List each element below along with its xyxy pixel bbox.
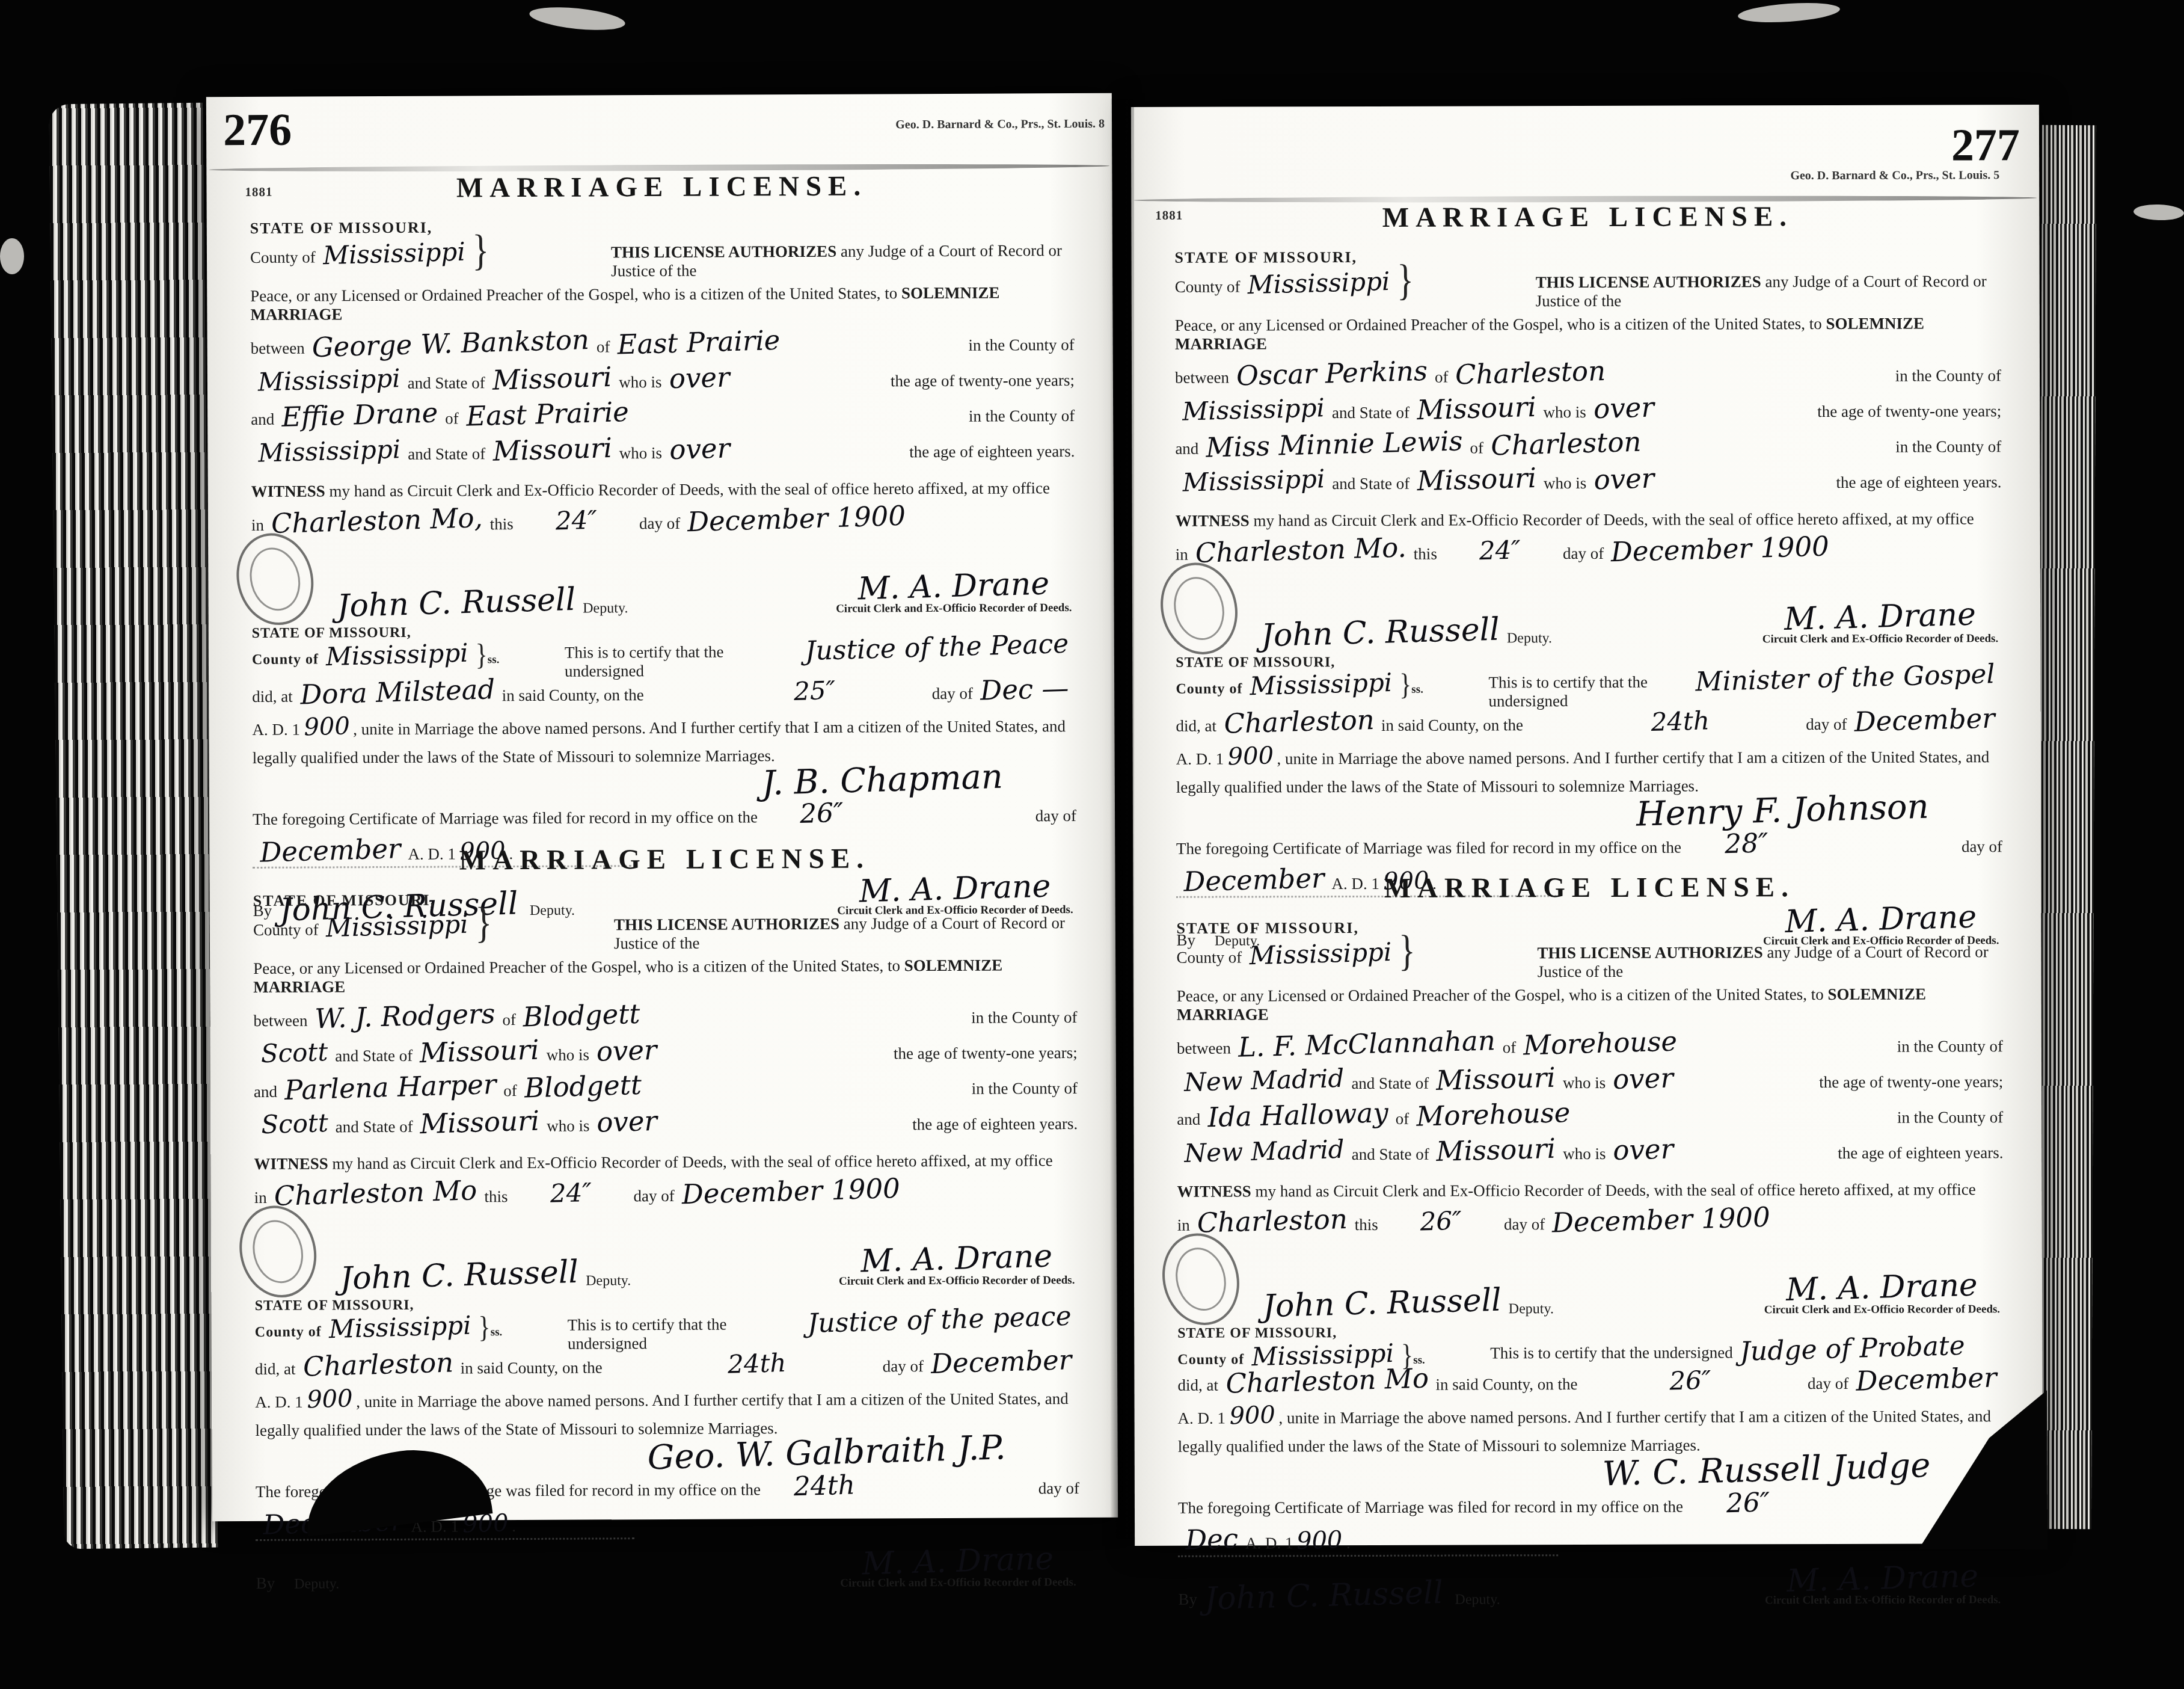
did-at-label: did, at bbox=[1177, 1376, 1218, 1395]
unite-line: A. D. 1900, unite in Marriage the above … bbox=[255, 1386, 1079, 1412]
groom-name: George W. Bankston bbox=[311, 329, 589, 358]
witness-place: Charleston bbox=[1197, 1208, 1348, 1234]
state-county-block: STATE OF MISSOURI, County of Mississippi… bbox=[1176, 918, 1537, 982]
bride-residence: Morehouse bbox=[1416, 1102, 1571, 1128]
groom-residence: East Prairie bbox=[617, 330, 781, 356]
did-at-label: did, at bbox=[252, 688, 293, 706]
age-eighteen-label: the age of eighteen years. bbox=[909, 442, 1075, 461]
and-state-label: and State of bbox=[1351, 1074, 1429, 1093]
age-twenty-one-label: the age of twenty-one years; bbox=[1817, 402, 2001, 421]
foregoing-label: The foregoing Certificate of Marriage wa… bbox=[253, 808, 758, 829]
age-twenty-one-label: the age of twenty-one years; bbox=[891, 371, 1075, 390]
marriage-license-record: MARRIAGE LICENSE. STATE OF MISSOURI, Cou… bbox=[250, 169, 1076, 833]
bride-county: New Madrid bbox=[1184, 1139, 1345, 1164]
in-county-label: in the County of bbox=[969, 407, 1075, 426]
marriage-place: Dora Milstead bbox=[299, 678, 495, 706]
ad-label: A. D. 1 bbox=[255, 1393, 303, 1411]
clerk-seal-stamp bbox=[1151, 555, 1247, 663]
groom-residence: Blodgett bbox=[523, 1003, 640, 1029]
groom-line: between W. J. Rodgers of Blodgett in the… bbox=[253, 1003, 1077, 1030]
filed-day: 26″ bbox=[1726, 1492, 1770, 1514]
witness-signature-row: John C. Russell Deputy. M. A. Drane Circ… bbox=[1177, 1244, 2004, 1318]
and-state-label: and State of bbox=[1332, 404, 1409, 422]
who-is-label: who is bbox=[619, 373, 661, 392]
bride-county: Mississippi bbox=[1182, 469, 1325, 493]
clerk-signature-block: M. A. Drane Circuit Clerk and Ex-Officio… bbox=[836, 574, 1072, 615]
certificate-county: Mississippi bbox=[1250, 672, 1393, 697]
clerk-signature: M. A. Drane bbox=[1787, 1564, 1979, 1594]
witness-signature-row: John C. Russell Deputy. M. A. Drane Circ… bbox=[1176, 573, 2002, 648]
witness-bold-label: WITNESS bbox=[1177, 1182, 1251, 1200]
state-county-block: STATE OF MISSOURI, County of Mississippi… bbox=[1174, 248, 1535, 312]
authorizes-paragraph: THIS LICENSE AUTHORIZES any Judge of a C… bbox=[1535, 247, 2001, 310]
foregoing-label: The foregoing Certificate of Marriage wa… bbox=[1178, 1497, 1683, 1517]
license-header: STATE OF MISSOURI, County of Mississippi… bbox=[1176, 917, 2002, 982]
deputy-label: Deputy. bbox=[1509, 1301, 1554, 1317]
and-label: and bbox=[251, 410, 274, 429]
marriage-date-line: did, at Charleston in said County, on th… bbox=[1176, 709, 2002, 736]
state-county-block: STATE OF MISSOURI, County of Mississippi… bbox=[250, 218, 611, 282]
page-276: 276 1881 Geo. D. Barnard & Co., Prs., St… bbox=[206, 93, 1118, 1522]
clerk-seal-stamp bbox=[1153, 1225, 1249, 1334]
book-page-edges-left bbox=[49, 103, 218, 1549]
day-of-label: day of bbox=[633, 1187, 674, 1205]
officiant-signature-block: W. C. Russell Judge bbox=[1178, 1456, 2004, 1485]
day-of-label: day of bbox=[1038, 1479, 1079, 1498]
officiant-signature: W. C. Russell Judge bbox=[1603, 1453, 1931, 1489]
unite-line: A. D. 1900, unite in Marriage the above … bbox=[1178, 1404, 2004, 1428]
age-eighteen-label: the age of eighteen years. bbox=[1838, 1143, 2003, 1163]
deputy-signature: John C. Russell bbox=[340, 1260, 579, 1292]
certificate-header: STATE OF MISSOURI, County of Mississippi… bbox=[1176, 653, 2002, 712]
certify-line: This is to certify that the undersigned … bbox=[1490, 1323, 2004, 1362]
day-of-label: day of bbox=[1808, 1374, 1848, 1393]
witness-date-line: in Charleston this 26″ day of December 1… bbox=[1177, 1208, 2004, 1235]
officiant-signature: Henry F. Johnson bbox=[1636, 794, 1930, 829]
authorizes-paragraph: THIS LICENSE AUTHORIZES any Judge of a C… bbox=[1537, 917, 2002, 981]
certificate-header: STATE OF MISSOURI, County of Mississippi… bbox=[1177, 1323, 2004, 1371]
in-said-county-label: in said County, on the bbox=[502, 686, 644, 705]
clerk-signature-block: M. A. Drane Circuit Clerk and Ex-Officio… bbox=[1765, 1566, 2001, 1608]
filing-signature-row: By Deputy. M. A. Drane Circuit Clerk and… bbox=[256, 1549, 1079, 1593]
bride-residence: Charleston bbox=[1491, 431, 1642, 457]
county-label: County of bbox=[250, 248, 316, 267]
brace-glyph: } bbox=[1397, 263, 1414, 298]
witness-date-line: in Charleston Mo this 24″ day of Decembe… bbox=[254, 1180, 1078, 1207]
filed-day: 26″ bbox=[799, 802, 843, 825]
day-of-label: day of bbox=[1962, 837, 2002, 856]
in-label: in bbox=[251, 516, 264, 535]
bride-state: Missouri bbox=[1436, 1138, 1556, 1163]
in-label: in bbox=[1177, 1216, 1190, 1235]
marriage-date-line: did, at Dora Milstead in said County, on… bbox=[252, 678, 1076, 706]
groom-over-age: over bbox=[596, 1039, 657, 1063]
authorizes-paragraph: THIS LICENSE AUTHORIZES any Judge of a C… bbox=[614, 888, 1077, 953]
and-label: and bbox=[254, 1083, 277, 1101]
ad-label: A. D. 1 bbox=[1178, 1409, 1226, 1427]
seal-inner-ring bbox=[244, 542, 307, 616]
scan-artifact bbox=[1737, 0, 1841, 25]
deputy-label: Deputy. bbox=[1455, 1592, 1500, 1608]
page-content: MARRIAGE LICENSE. STATE OF MISSOURI, Cou… bbox=[250, 169, 1079, 1506]
filing-signature-row: By John C. Russell Deputy. M. A. Drane C… bbox=[1178, 1566, 2004, 1609]
license-header: STATE OF MISSOURI, County of Mississippi… bbox=[253, 888, 1077, 955]
by-label: By bbox=[256, 1574, 275, 1593]
clerk-seal-stamp bbox=[230, 1198, 326, 1306]
witness-rest-label: my hand as Circuit Clerk and Ex-Officio … bbox=[328, 1151, 1053, 1172]
groom-state: Missouri bbox=[420, 1039, 540, 1064]
unite-line: A. D. 1900, unite in Marriage the above … bbox=[252, 714, 1076, 739]
certify-label: This is to certify that the undersigned bbox=[568, 1315, 800, 1353]
in-county-label: in the County of bbox=[972, 1079, 1078, 1098]
unite-text: , unite in Marriage the above named pers… bbox=[353, 717, 1066, 738]
certify-label: This is to certify that the undersigned bbox=[1490, 1343, 1732, 1362]
bride-over-age: over bbox=[669, 437, 731, 461]
printer-imprint: Geo. D. Barnard & Co., Prs., St. Louis. … bbox=[1790, 168, 1999, 183]
groom-line: between Oscar Perkins of Charleston in t… bbox=[1175, 361, 2001, 387]
groom-name: W. J. Rodgers bbox=[314, 1003, 495, 1030]
scan-artifact bbox=[529, 4, 627, 34]
clerk-signature-block: M. A. Drane Circuit Clerk and Ex-Officio… bbox=[1764, 1276, 2001, 1317]
groom-name: L. F. McClannahan bbox=[1238, 1030, 1495, 1059]
bride-line: and Effie Drane of East Prairie in the C… bbox=[251, 401, 1075, 429]
certificate-section: STATE OF MISSOURI, County of Mississippi… bbox=[252, 622, 1076, 797]
marriage-month: December bbox=[1856, 1367, 1997, 1392]
bride-name: Effie Drane bbox=[281, 402, 438, 428]
certificate-header: STATE OF MISSOURI, County of Mississippi… bbox=[255, 1294, 1079, 1355]
and-state-label: and State of bbox=[408, 374, 485, 393]
groom-county: Scott bbox=[260, 1042, 328, 1064]
page-number: 276 bbox=[223, 104, 292, 156]
groom-over-age: over bbox=[669, 366, 730, 390]
clerk-seal-stamp bbox=[227, 525, 323, 633]
deputy-signature: John C. Russell bbox=[1261, 618, 1500, 649]
and-state-label: and State of bbox=[1332, 475, 1409, 493]
age-twenty-one-label: the age of twenty-one years; bbox=[894, 1044, 1078, 1063]
marriage-day: 24th bbox=[728, 1353, 787, 1374]
certificate-state-block: STATE OF MISSOURI, County of Mississippi… bbox=[252, 624, 565, 671]
in-county-label: in the County of bbox=[1895, 437, 2001, 456]
ss-label: ss. bbox=[491, 1326, 503, 1339]
this-label: this bbox=[1355, 1216, 1378, 1234]
seal-inner-ring bbox=[246, 1214, 310, 1288]
witness-month-year: December 1900 bbox=[1611, 536, 1830, 564]
certificate-state-block: STATE OF MISSOURI, County of Mississippi… bbox=[1177, 1324, 1490, 1370]
groom-line: between L. F. McClannahan of Morehouse i… bbox=[1177, 1032, 2003, 1058]
filed-line: The foregoing Certificate of Marriage wa… bbox=[253, 802, 1076, 829]
witness-place: Charleston Mo. bbox=[1195, 537, 1406, 564]
seal-inner-ring bbox=[1167, 571, 1230, 645]
in-county-label: in the County of bbox=[1895, 366, 2001, 385]
unite-line: A. D. 1900, unite in Marriage the above … bbox=[1176, 745, 2002, 769]
state-of-missouri-label: STATE OF MISSOURI, bbox=[253, 890, 614, 910]
certificate-county: Mississippi bbox=[325, 643, 468, 667]
of-label: of bbox=[1503, 1038, 1517, 1057]
marriage-place: Charleston bbox=[302, 1352, 453, 1377]
officiant-title-handwritten: Judge of Probate bbox=[1740, 1335, 1965, 1362]
witness-rest-label: my hand as Circuit Clerk and Ex-Officio … bbox=[325, 479, 1050, 500]
book-gutter bbox=[1110, 99, 1134, 1539]
witness-month-year: December 1900 bbox=[1552, 1207, 1771, 1234]
and-label: and bbox=[1177, 1110, 1200, 1129]
witness-month-year: December 1900 bbox=[687, 505, 906, 533]
bride-county-line: New Madrid and State of Missouri who is … bbox=[1177, 1138, 2003, 1164]
and-label: and bbox=[1175, 440, 1198, 458]
marriage-day: 24th bbox=[1651, 710, 1710, 732]
groom-county: New Madrid bbox=[1184, 1068, 1345, 1093]
bride-county: Mississippi bbox=[258, 439, 401, 463]
county-handwritten: Mississippi bbox=[1249, 942, 1392, 966]
deputy-signature-block: John C. Russell Deputy. bbox=[330, 590, 628, 618]
license-slot-top: MARRIAGE LICENSE. STATE OF MISSOURI, Cou… bbox=[250, 169, 1076, 833]
groom-county: Mississippi bbox=[1182, 398, 1325, 422]
deputy-signature-block: John C. Russell Deputy. bbox=[1256, 1291, 1554, 1318]
certificate-section: STATE OF MISSOURI, County of Mississippi… bbox=[1177, 1323, 2004, 1485]
clerk-signature: M. A. Drane bbox=[862, 1546, 1054, 1577]
brace-glyph: } bbox=[476, 638, 488, 672]
officiant-signature-block: Henry F. Johnson bbox=[1176, 797, 2002, 826]
license-title: MARRIAGE LICENSE. bbox=[250, 169, 1073, 205]
who-is-label: who is bbox=[547, 1117, 589, 1136]
period: . bbox=[512, 1517, 516, 1536]
and-state-label: and State of bbox=[336, 1118, 413, 1137]
witness-line: WITNESS my hand as Circuit Clerk and Ex-… bbox=[254, 1151, 1078, 1174]
license-title: MARRIAGE LICENSE. bbox=[253, 841, 1076, 878]
in-county-label: in the County of bbox=[1897, 1108, 2003, 1127]
page-277: 277 1881 Geo. D. Barnard & Co., Prs., St… bbox=[1131, 105, 2043, 1546]
marriage-month: December bbox=[1854, 707, 1995, 733]
groom-county-line: Scott and State of Missouri who is over … bbox=[254, 1038, 1078, 1066]
bride-state: Missouri bbox=[1417, 467, 1537, 492]
who-is-label: who is bbox=[619, 444, 662, 463]
authorizes-bold-label: THIS LICENSE AUTHORIZES bbox=[1536, 272, 1761, 291]
filed-month-line: Dec A. D. 1 900 . bbox=[1178, 1528, 1558, 1557]
filed-by-signature: John C. Russell bbox=[1204, 1581, 1443, 1612]
marriage-date-line: did, at Charleston Mo in said County, on… bbox=[1177, 1368, 2004, 1395]
bride-name: Parlena Harper bbox=[284, 1074, 497, 1101]
witness-day: 24″ bbox=[555, 510, 597, 532]
county-label: County of bbox=[1176, 681, 1242, 697]
brace-glyph: } bbox=[475, 905, 492, 940]
brace-glyph: } bbox=[1399, 934, 1416, 968]
ss-label: ss. bbox=[1411, 683, 1423, 697]
witness-day: 24″ bbox=[1479, 540, 1521, 561]
ad-label: A. D. 1 bbox=[252, 721, 300, 739]
in-county-label: in the County of bbox=[1897, 1037, 2003, 1056]
witness-section: WITNESS my hand as Circuit Clerk and Ex-… bbox=[1176, 509, 2002, 648]
county-label: County of bbox=[1177, 949, 1242, 967]
marriage-year: 900 bbox=[1227, 746, 1274, 766]
witness-line: WITNESS my hand as Circuit Clerk and Ex-… bbox=[1176, 509, 2002, 531]
state-of-missouri-label: STATE OF MISSOURI, bbox=[1176, 654, 1488, 671]
state-of-missouri-label: STATE OF MISSOURI, bbox=[1177, 1324, 1490, 1341]
foregoing-label: The foregoing Certificate of Marriage wa… bbox=[1176, 838, 1681, 858]
groom-county-line: Mississippi and State of Missouri who is… bbox=[251, 366, 1075, 393]
in-county-label: in the County of bbox=[968, 336, 1074, 355]
groom-over-age: over bbox=[1593, 396, 1654, 420]
bride-county: Scott bbox=[261, 1113, 328, 1135]
clerk-signature-block: M. A. Drane Circuit Clerk and Ex-Officio… bbox=[1762, 605, 1999, 647]
who-is-label: who is bbox=[1544, 403, 1586, 422]
license-slot-bottom: MARRIAGE LICENSE. STATE OF MISSOURI, Cou… bbox=[1176, 870, 2004, 1531]
filing-section: The foregoing Certificate of Marriage wa… bbox=[1178, 1492, 2004, 1609]
witness-day: 26″ bbox=[1420, 1211, 1462, 1232]
deputy-signature: John C. Russell bbox=[337, 588, 576, 620]
preacher-text: Peace, or any Licensed or Ordained Preac… bbox=[253, 956, 904, 977]
preacher-line: Peace, or any Licensed or Ordained Preac… bbox=[1175, 314, 2001, 354]
of-label: of bbox=[445, 409, 459, 428]
license-title: MARRIAGE LICENSE. bbox=[1176, 870, 2002, 905]
deputy-label: Deputy. bbox=[294, 1577, 339, 1593]
deputy-label: Deputy. bbox=[1507, 630, 1552, 647]
in-county-label: in the County of bbox=[971, 1008, 1077, 1027]
clerk-signature: M. A. Drane bbox=[1784, 603, 1977, 633]
of-label: of bbox=[502, 1011, 516, 1029]
certificate-section: STATE OF MISSOURI, County of Mississippi… bbox=[255, 1294, 1079, 1469]
age-eighteen-label: the age of eighteen years. bbox=[912, 1115, 1078, 1134]
license-slot-top: MARRIAGE LICENSE. STATE OF MISSOURI, Cou… bbox=[1174, 200, 2002, 861]
filed-line: The foregoing Certificate of Marriage wa… bbox=[1178, 1492, 2004, 1518]
day-of-label: day of bbox=[1035, 807, 1076, 825]
license-title: MARRIAGE LICENSE. bbox=[1174, 200, 2001, 235]
witness-bold-label: WITNESS bbox=[254, 1154, 328, 1173]
of-label: of bbox=[1396, 1110, 1409, 1128]
certify-line: This is to certify that the undersigned … bbox=[568, 1294, 1079, 1353]
printer-imprint: Geo. D. Barnard & Co., Prs., St. Louis. … bbox=[895, 117, 1105, 132]
this-label: this bbox=[484, 1187, 508, 1206]
this-label: this bbox=[1414, 545, 1437, 564]
certify-label: This is to certify that the undersigned bbox=[565, 642, 798, 681]
age-eighteen-label: the age of eighteen years. bbox=[1836, 473, 2001, 492]
groom-state: Missouri bbox=[492, 366, 612, 392]
between-label: between bbox=[1175, 369, 1229, 387]
age-twenty-one-label: the age of twenty-one years; bbox=[1819, 1072, 2003, 1092]
groom-line: between George W. Bankston of East Prair… bbox=[251, 330, 1075, 358]
groom-state: Missouri bbox=[1416, 396, 1536, 421]
witness-rest-label: my hand as Circuit Clerk and Ex-Officio … bbox=[1251, 1180, 1976, 1200]
between-label: between bbox=[251, 339, 305, 358]
by-label: By bbox=[1178, 1590, 1197, 1609]
groom-county: Mississippi bbox=[257, 368, 400, 392]
state-of-missouri-label: STATE OF MISSOURI, bbox=[250, 218, 611, 238]
clerk-signature: M. A. Drane bbox=[860, 1244, 1053, 1275]
bride-name: Miss Minnie Lewis bbox=[1206, 430, 1463, 459]
witness-rest-label: my hand as Circuit Clerk and Ex-Officio … bbox=[1250, 509, 1974, 529]
license-header: STATE OF MISSOURI, County of Mississippi… bbox=[1174, 247, 2001, 312]
marriage-place: Charleston bbox=[1224, 709, 1375, 735]
of-label: of bbox=[597, 337, 610, 356]
witness-section: WITNESS my hand as Circuit Clerk and Ex-… bbox=[251, 479, 1076, 618]
bride-name: Ida Halloway bbox=[1207, 1102, 1388, 1128]
groom-state: Missouri bbox=[1436, 1067, 1556, 1092]
book-page-edges-right bbox=[2037, 125, 2096, 1529]
certificate-section: STATE OF MISSOURI, County of Mississippi… bbox=[1176, 653, 2002, 826]
clerk-signature: M. A. Drane bbox=[1786, 1273, 1978, 1303]
seal-inner-ring bbox=[1169, 1242, 1232, 1316]
deputy-signature-block: John C. Russell Deputy. bbox=[1254, 620, 1552, 647]
bride-over-age: over bbox=[597, 1110, 658, 1134]
bride-line: and Ida Halloway of Morehouse in the Cou… bbox=[1177, 1103, 2003, 1129]
marriage-year: 900 bbox=[1229, 1405, 1275, 1426]
marriage-year: 900 bbox=[303, 716, 349, 737]
preacher-line: Peace, or any Licensed or Ordained Preac… bbox=[1177, 985, 2003, 1024]
witness-month-year: December 1900 bbox=[681, 1178, 900, 1205]
preacher-text: Peace, or any Licensed or Ordained Preac… bbox=[250, 284, 901, 305]
certificate-state-block: STATE OF MISSOURI, County of Mississippi… bbox=[1176, 654, 1488, 700]
between-label: between bbox=[1177, 1039, 1231, 1058]
of-label: of bbox=[1470, 438, 1484, 457]
marriage-day: 25″ bbox=[794, 680, 836, 702]
scan-artifact bbox=[2133, 204, 2184, 221]
officiant-title-handwritten: Minister of the Gospel bbox=[1695, 663, 1995, 693]
preacher-line: Peace, or any Licensed or Ordained Preac… bbox=[250, 283, 1074, 324]
bride-residence: East Prairie bbox=[465, 401, 629, 428]
marriage-license-record: MARRIAGE LICENSE. STATE OF MISSOURI, Cou… bbox=[1174, 200, 2002, 861]
certificate-state-block: STATE OF MISSOURI, County of Mississippi… bbox=[255, 1297, 568, 1343]
who-is-label: who is bbox=[1563, 1145, 1606, 1163]
marriage-date-line: did, at Charleston in said County, on th… bbox=[255, 1351, 1079, 1379]
filed-month: Dec bbox=[1185, 1528, 1239, 1551]
officiant-signature-block: J. B. Chapman bbox=[253, 766, 1076, 797]
clerk-signature: M. A. Drane bbox=[857, 572, 1050, 603]
officiant-signature: Geo. W. Galbraith J.P. bbox=[647, 1435, 1006, 1472]
witness-place: Charleston Mo, bbox=[271, 507, 483, 535]
bride-county-line: Mississippi and State of Missouri who is… bbox=[1175, 467, 2001, 494]
authorizes-bold-label: THIS LICENSE AUTHORIZES bbox=[614, 915, 839, 934]
witness-bold-label: WITNESS bbox=[251, 482, 325, 500]
certify-label: This is to certify that the undersigned bbox=[1488, 673, 1688, 711]
witness-bold-label: WITNESS bbox=[1176, 511, 1250, 529]
license-header: STATE OF MISSOURI, County of Mississippi… bbox=[250, 216, 1074, 282]
county-label: County of bbox=[252, 651, 319, 668]
county-label: County of bbox=[1175, 278, 1241, 297]
filed-year: 900 bbox=[462, 1513, 508, 1534]
certificate-header: STATE OF MISSOURI, County of Mississippi… bbox=[252, 622, 1076, 682]
groom-residence: Morehouse bbox=[1523, 1030, 1678, 1056]
who-is-label: who is bbox=[547, 1046, 589, 1065]
witness-date-line: in Charleston Mo. this 24″ day of Decemb… bbox=[1176, 538, 2002, 564]
in-said-county-label: in said County, on the bbox=[461, 1358, 603, 1377]
bride-over-age: over bbox=[1594, 467, 1655, 491]
ad-label: A. D. 1 bbox=[1245, 1534, 1293, 1552]
groom-county-line: New Madrid and State of Missouri who is … bbox=[1177, 1067, 2003, 1094]
unite-text: , unite in Marriage the above named pers… bbox=[356, 1389, 1069, 1411]
state-of-missouri-label: STATE OF MISSOURI, bbox=[1176, 918, 1537, 938]
marriage-day: 26″ bbox=[1669, 1370, 1711, 1391]
license-slot-bottom: MARRIAGE LICENSE. STATE OF MISSOURI, Cou… bbox=[253, 841, 1079, 1506]
county-label: County of bbox=[1177, 1352, 1244, 1368]
groom-county-line: Mississippi and State of Missouri who is… bbox=[1175, 396, 2001, 423]
officiant-title-handwritten: Justice of the Peace bbox=[805, 633, 1069, 662]
filed-day: 24th bbox=[793, 1474, 855, 1497]
day-of-label: day of bbox=[1806, 715, 1847, 734]
in-label: in bbox=[254, 1189, 267, 1207]
page-number: 277 bbox=[1951, 119, 2020, 171]
of-label: of bbox=[1435, 368, 1449, 387]
day-of-label: day of bbox=[883, 1357, 924, 1376]
brace-glyph: } bbox=[478, 1310, 490, 1345]
authorizes-paragraph: THIS LICENSE AUTHORIZES any Judge of a C… bbox=[611, 216, 1074, 280]
witness-signature-row: John C. Russell Deputy. M. A. Drane Circ… bbox=[251, 543, 1076, 618]
groom-name: Oscar Perkins bbox=[1236, 360, 1428, 387]
county-handwritten: Mississippi bbox=[322, 242, 465, 266]
filed-line: The foregoing Certificate of Marriage wa… bbox=[1176, 832, 2002, 858]
county-label: County of bbox=[255, 1324, 322, 1340]
county-handwritten: Mississippi bbox=[1247, 271, 1390, 295]
brace-glyph: } bbox=[1399, 668, 1411, 703]
and-state-label: and State of bbox=[1352, 1145, 1429, 1164]
ad-label: A. D. 1 bbox=[1176, 750, 1224, 768]
